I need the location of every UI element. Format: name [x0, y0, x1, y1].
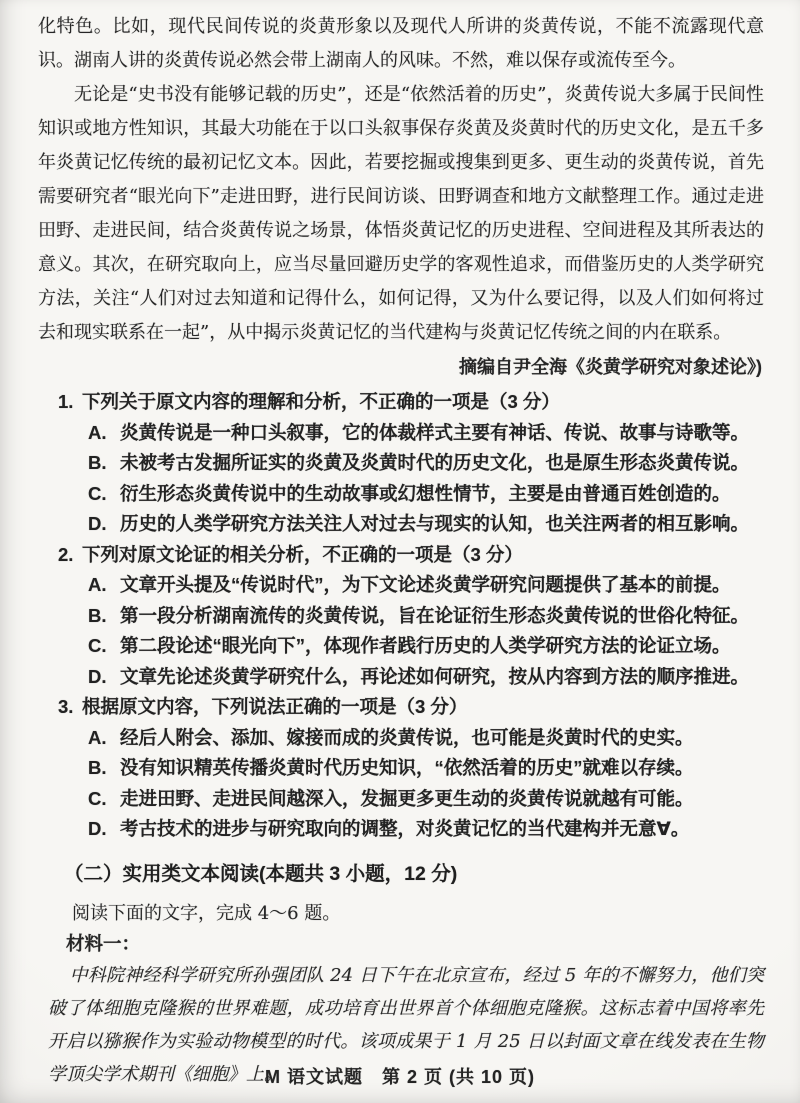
option-text: 文章先论述炎黄学研究什么，再论述如何研究，按从内容到方法的顺序推进。 [120, 666, 749, 687]
section-two-heading: （二）实用类文本阅读(本题共 3 小题，12 分) [38, 859, 764, 889]
option-text: 第二段论述“眼光向下”，体现作者践行历史的人类学研究方法的论证立场。 [120, 635, 731, 656]
question-stem-text: 下列对原文论证的相关分析，不正确的一项是（3 分） [82, 544, 523, 565]
option-label: A. [88, 570, 120, 601]
option-label: C. [88, 631, 120, 662]
reading-instruction: 阅读下面的文字，完成 4～6 题。 [38, 899, 764, 929]
option-text: 历史的人类学研究方法关注人对过去与现实的认知，也关注两者的相互影响。 [120, 513, 749, 534]
question-2-option-a: A.文章开头提及“传说时代”，为下文论述炎黄学研究问题提供了基本的前提。 [38, 570, 764, 601]
option-text: 第一段分析湖南流传的炎黄传说，旨在论证衍生形态炎黄传说的世俗化特征。 [120, 605, 749, 626]
question-3: 3.根据原文内容，下列说法正确的一项是（3 分） A.经后人附会、添加、嫁接而成… [38, 692, 764, 845]
option-text: 未被考古发掘所证实的炎黄及炎黄时代的历史文化，也是原生形态炎黄传说。 [120, 452, 749, 473]
option-text: 炎黄传说是一种口头叙事，它的体裁样式主要有神话、传说、故事与诗歌等。 [120, 422, 749, 443]
question-1-option-a: A.炎黄传说是一种口头叙事，它的体裁样式主要有神话、传说、故事与诗歌等。 [38, 418, 764, 449]
question-stem-text: 下列关于原文内容的理解和分析，不正确的一项是（3 分） [82, 391, 560, 412]
passage-paragraph-continuation: 化特色。比如，现代民间传说的炎黄形象以及现代人所讲的炎黄传说，不能不流露现代意识… [38, 10, 764, 78]
question-stem-text: 根据原文内容，下列说法正确的一项是（3 分） [82, 696, 467, 717]
option-label: B. [88, 753, 120, 784]
question-1-option-c: C.衍生形态炎黄传说中的生动故事或幻想性情节，主要是由普通百姓创造的。 [38, 479, 764, 510]
option-label: C. [88, 784, 120, 815]
question-3-option-d: D.考古技术的进步与研究取向的调整，对炎黄记忆的当代建构并无意∀。 [38, 814, 764, 845]
passage-paragraph-main: 无论是“史书没有能够记载的历史”，还是“依然活着的历史”，炎黄传说大多属于民间性… [38, 78, 764, 350]
option-text: 经后人附会、添加、嫁接而成的炎黄传说，也可能是炎黄时代的史实。 [120, 727, 694, 748]
option-text: 走进田野、走进民间越深入，发掘更多更生动的炎黄传说就越有可能。 [120, 788, 694, 809]
option-label: D. [88, 814, 120, 845]
material-one-label: 材料一： [38, 929, 764, 959]
question-3-option-b: B.没有知识精英传播炎黄时代历史知识，“依然活着的历史”就难以存续。 [38, 753, 764, 784]
option-label: A. [88, 418, 120, 449]
option-label: C. [88, 479, 120, 510]
question-1-stem: 1.下列关于原文内容的理解和分析，不正确的一项是（3 分） [38, 387, 764, 418]
exam-paper-page: 化特色。比如，现代民间传说的炎黄形象以及现代人所讲的炎黄传说，不能不流露现代意识… [0, 0, 800, 1103]
question-2-stem: 2.下列对原文论证的相关分析，不正确的一项是（3 分） [38, 540, 764, 571]
question-2-option-c: C.第二段论述“眼光向下”，体现作者践行历史的人类学研究方法的论证立场。 [38, 631, 764, 662]
passage-attribution: 摘编自尹全海《炎黄学研究对象述论》) [38, 350, 764, 384]
question-list: 1.下列关于原文内容的理解和分析，不正确的一项是（3 分） A.炎黄传说是一种口… [38, 387, 764, 845]
question-2-option-b: B.第一段分析湖南流传的炎黄传说，旨在论证衍生形态炎黄传说的世俗化特征。 [38, 601, 764, 632]
reading-passage: 化特色。比如，现代民间传说的炎黄形象以及现代人所讲的炎黄传说，不能不流露现代意识… [38, 10, 764, 384]
option-text: 衍生形态炎黄传说中的生动故事或幻想性情节，主要是由普通百姓创造的。 [120, 483, 731, 504]
option-text: 考古技术的进步与研究取向的调整，对炎黄记忆的当代建构并无意∀。 [120, 818, 689, 839]
question-1-option-b: B.未被考古发掘所证实的炎黄及炎黄时代的历史文化，也是原生形态炎黄传说。 [38, 448, 764, 479]
question-3-option-c: C.走进田野、走进民间越深入，发掘更多更生动的炎黄传说就越有可能。 [38, 784, 764, 815]
question-1-option-d: D.历史的人类学研究方法关注人对过去与现实的认知，也关注两者的相互影响。 [38, 509, 764, 540]
question-3-stem: 3.根据原文内容，下列说法正确的一项是（3 分） [38, 692, 764, 723]
question-3-option-a: A.经后人附会、添加、嫁接而成的炎黄传说，也可能是炎黄时代的史实。 [38, 723, 764, 754]
option-text: 文章开头提及“传说时代”，为下文论述炎黄学研究问题提供了基本的前提。 [120, 574, 731, 595]
question-number: 3. [58, 692, 82, 723]
option-text: 没有知识精英传播炎黄时代历史知识，“依然活着的历史”就难以存续。 [120, 757, 694, 778]
question-1: 1.下列关于原文内容的理解和分析，不正确的一项是（3 分） A.炎黄传说是一种口… [38, 387, 764, 540]
option-label: D. [88, 662, 120, 693]
option-label: A. [88, 723, 120, 754]
option-label: B. [88, 601, 120, 632]
section-two: （二）实用类文本阅读(本题共 3 小题，12 分) 阅读下面的文字，完成 4～6… [38, 859, 764, 1091]
page-footer: M 语文试题 第 2 页 (共 10 页) [0, 1063, 800, 1089]
question-2: 2.下列对原文论证的相关分析，不正确的一项是（3 分） A.文章开头提及“传说时… [38, 540, 764, 693]
question-number: 2. [58, 540, 82, 571]
option-label: D. [88, 509, 120, 540]
option-label: B. [88, 448, 120, 479]
question-number: 1. [58, 387, 82, 418]
question-2-option-d: D.文章先论述炎黄学研究什么，再论述如何研究，按从内容到方法的顺序推进。 [38, 662, 764, 693]
